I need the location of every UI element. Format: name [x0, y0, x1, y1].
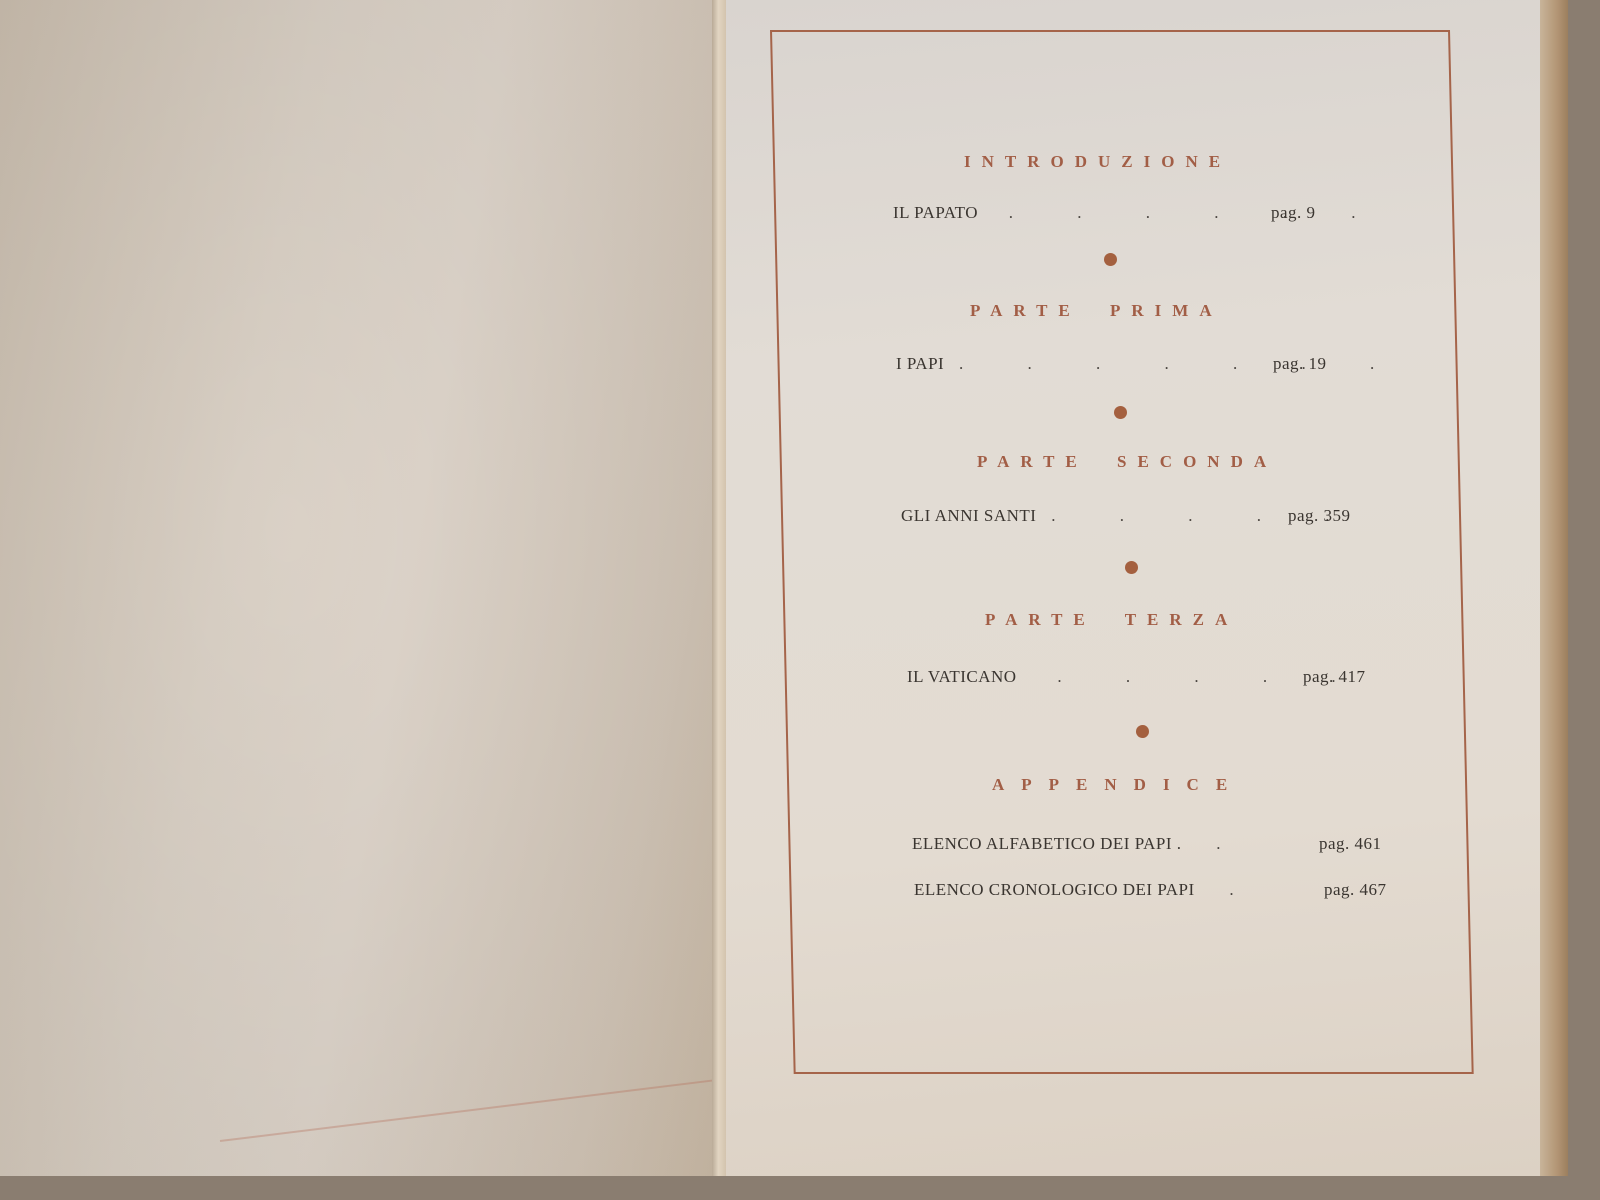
entry-page-number: pag. 417 — [1303, 667, 1366, 687]
entry-label: I PAPI — [896, 354, 944, 374]
dot-leaders: . . . . . . . — [959, 354, 1404, 374]
entry-page-number: pag. 19 — [1273, 354, 1327, 374]
toc-entry-i-papi[interactable]: I PAPI . . . . . . . pag. 19 — [896, 354, 1404, 374]
entry-label: GLI ANNI SANTI — [901, 506, 1036, 526]
entry-page-number: pag. 461 — [1319, 834, 1382, 854]
entry-label: ELENCO CRONOLOGICO DEI PAPI — [914, 880, 1195, 900]
entry-label: IL VATICANO — [907, 667, 1017, 687]
section-title-appendice: APPENDICE — [992, 775, 1244, 795]
divider-dot-icon — [1136, 725, 1149, 738]
toc-entry-elenco-cronologico[interactable]: ELENCO CRONOLOGICO DEI PAPI . pag. 467 — [914, 880, 1264, 900]
toc-entry-il-papato[interactable]: IL PAPATO . . . . . . pag. 9 — [893, 203, 1385, 223]
dot-leaders: . — [1229, 880, 1263, 900]
dot-leaders: . . . . . . — [1009, 203, 1386, 223]
table-of-contents: INTRODUZIONE IL PAPATO . . . . . . pag. … — [0, 0, 1568, 1176]
entry-page-number: pag. 467 — [1324, 880, 1387, 900]
section-title-introduzione: INTRODUZIONE — [964, 152, 1231, 172]
toc-entry-il-vaticano[interactable]: IL VATICANO . . . . . pag. 417 — [907, 667, 1366, 687]
entry-page-number: pag. 359 — [1288, 506, 1351, 526]
toc-entry-gli-anni-santi[interactable]: GLI ANNI SANTI . . . . . pag. 359 — [901, 506, 1359, 526]
divider-dot-icon — [1125, 561, 1138, 574]
divider-dot-icon — [1104, 253, 1117, 266]
section-title-parte-prima: PARTE PRIMA — [970, 301, 1223, 321]
entry-label: ELENCO ALFABETICO DEI PAPI . — [912, 834, 1181, 854]
toc-entry-elenco-alfabetico[interactable]: ELENCO ALFABETICO DEI PAPI . . pag. 461 — [912, 834, 1250, 854]
dot-leaders: . — [1216, 834, 1250, 854]
entry-label: IL PAPATO — [893, 203, 978, 223]
section-title-parte-terza: PARTE TERZA — [985, 610, 1238, 630]
section-title-parte-seconda: PARTE SECONDA — [977, 452, 1277, 472]
entry-page-number: pag. 9 — [1271, 203, 1316, 223]
divider-dot-icon — [1114, 406, 1127, 419]
